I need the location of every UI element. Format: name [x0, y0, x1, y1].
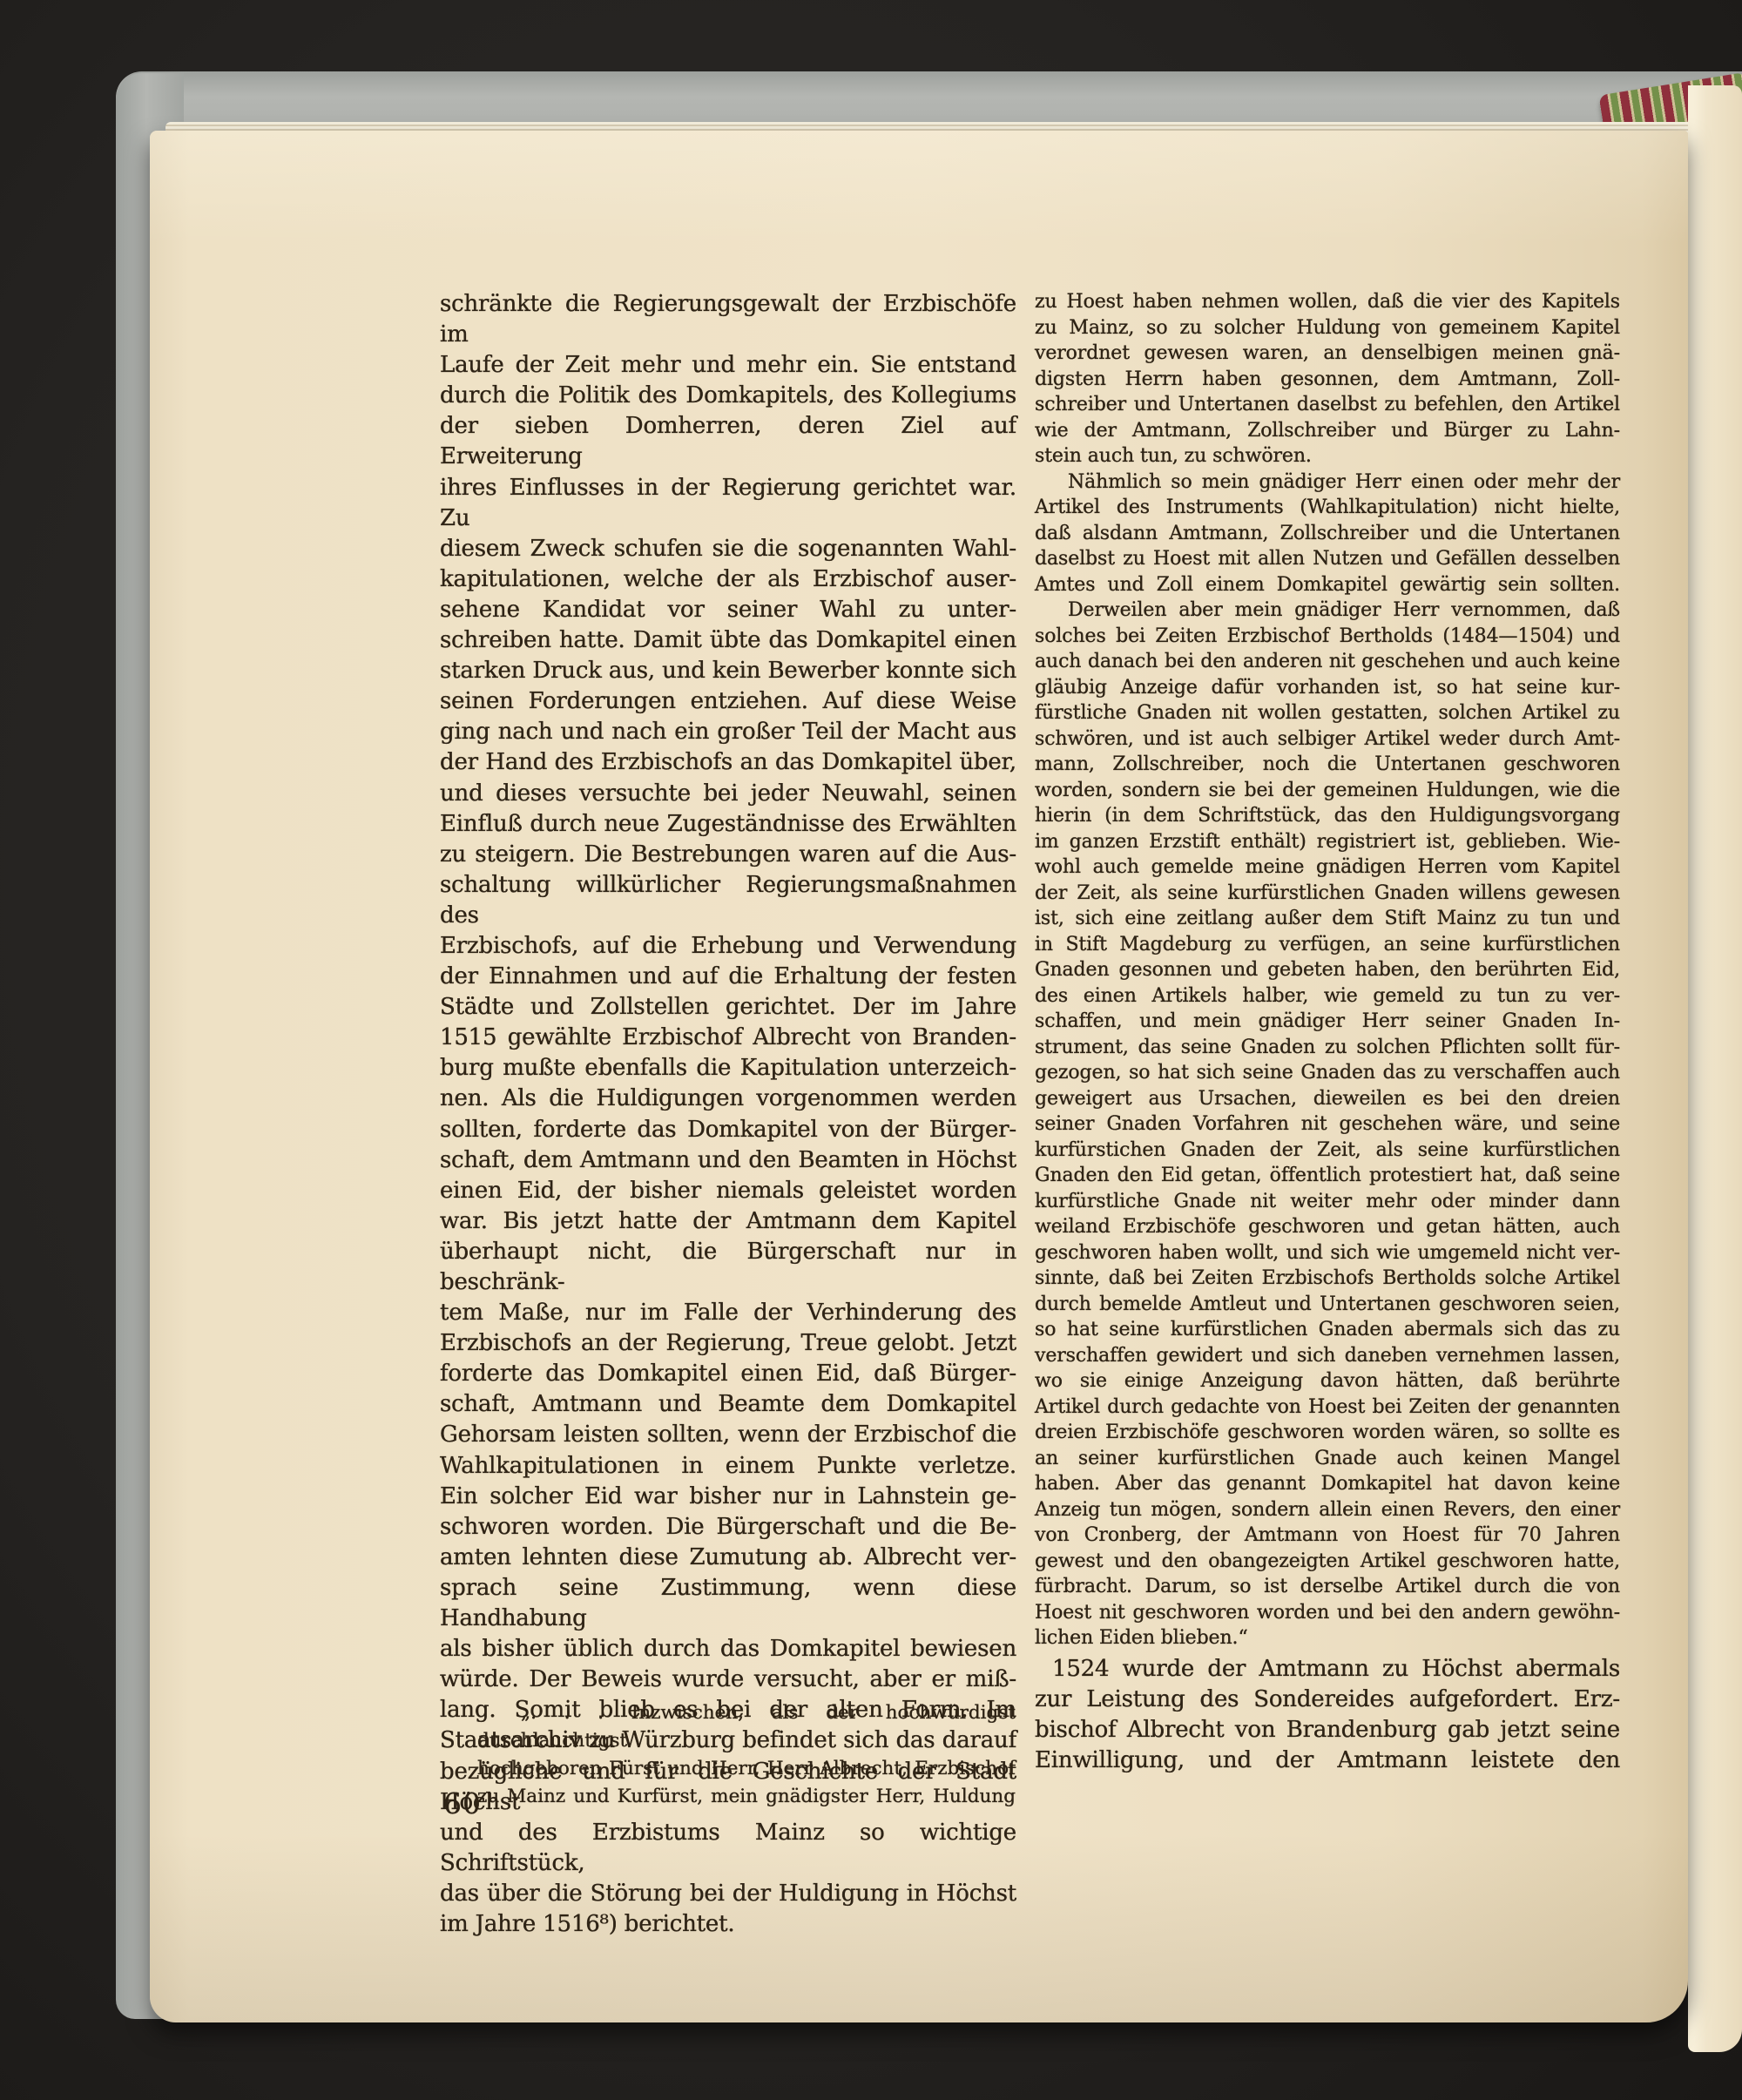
text-line: zu Mainz und Kurfürst, mein gnädigster H… [477, 1783, 1016, 1811]
text-line: Einwilligung, und der Amtmann leistete d… [1035, 1745, 1620, 1776]
text-line: so hat seine kurfürstlichen Gnaden aberm… [1035, 1317, 1620, 1343]
text-line: solches bei Zeiten Erzbischof Bertholds … [1035, 624, 1620, 650]
text-line: wie der Amtmann, Zollschreiber und Bürge… [1035, 418, 1620, 444]
text-line: schränkte die Regierungsgewalt der Erzbi… [440, 289, 1016, 350]
text-line: Erzbischofs, auf die Erhebung und Verwen… [440, 931, 1016, 962]
text-line: zu Hoest haben nehmen wollen, daß die vi… [1035, 289, 1620, 315]
text-line: der sieben Domherren, deren Ziel auf Erw… [440, 411, 1016, 472]
text-line: Städte und Zollstellen gerichtet. Der im… [440, 992, 1016, 1023]
text-line: sollten, forderte das Domkapitel von der… [440, 1115, 1016, 1145]
text-line: durch bemelde Amtleut und Untertanen ges… [1035, 1292, 1620, 1318]
text-line: Einfluß durch neue Zugeständnisse des Er… [440, 809, 1016, 840]
text-line: schaft, dem Amtmann und den Beamten in H… [440, 1145, 1016, 1176]
text-line: und des Erzbistums Mainz so wichtige Sch… [440, 1818, 1016, 1879]
text-line: haben. Aber das genannt Domkapitel hat d… [1035, 1471, 1620, 1497]
text-line: Artikel des Instruments (Wahlkapitulatio… [1035, 495, 1620, 521]
text-line: an seiner kurfürstlichen Gnade auch kein… [1035, 1446, 1620, 1472]
text-line: ihres Einflusses in der Regierung gerich… [440, 473, 1016, 534]
paragraph: „. . . Inzwischen, als der hochwürdigst … [477, 1699, 1016, 1811]
text-line: kapitulationen, welche der als Erzbischo… [440, 564, 1016, 595]
text-line: digsten Herrn haben gesonnen, dem Amtman… [1035, 367, 1620, 393]
text-line: als bisher üblich durch das Domkapitel b… [440, 1634, 1016, 1664]
text-line: 1524 wurde der Amtmann zu Höchst abermal… [1035, 1654, 1620, 1685]
text-line: weiland Erzbischöfe geschworen und getan… [1035, 1214, 1620, 1240]
text-line: das über die Störung bei der Huldigung i… [440, 1879, 1016, 1909]
text-line: zu steigern. Die Bestrebungen waren auf … [440, 840, 1016, 870]
text-line: im Jahre 1516⁸) berichtet. [440, 1909, 1016, 1940]
text-line: sinnte, daß bei Zeiten Erzbischofs Berth… [1035, 1266, 1620, 1292]
text-line: bischof Albrecht von Brandenburg gab jet… [1035, 1715, 1620, 1745]
text-line: forderte das Domkapitel einen Eid, daß B… [440, 1359, 1016, 1389]
text-line: Ein solcher Eid war bisher nur in Lahnst… [440, 1482, 1016, 1512]
text-line: 1515 gewählte Erzbischof Albrecht von Br… [440, 1023, 1016, 1053]
text-line: der Zeit, als seine kurfürstlichen Gnade… [1035, 881, 1620, 907]
text-line: von Cronberg, der Amtmann von Hoest für … [1035, 1523, 1620, 1549]
text-line: in Stift Magdeburg zu verfügen, an seine… [1035, 932, 1620, 958]
text-line: lichen Eiden blieben.“ [1035, 1625, 1620, 1651]
text-line: strument, das seine Gnaden zu solchen Pf… [1035, 1035, 1620, 1061]
text-line: auch danach bei den anderen nit geschehe… [1035, 649, 1620, 675]
text-line: Derweilen aber mein gnädiger Herr vernom… [1035, 598, 1620, 624]
text-line: schwören, und ist auch selbiger Artikel … [1035, 726, 1620, 753]
text-line: geweigert aus Ursachen, dieweilen es bei… [1035, 1086, 1620, 1112]
right-column-quote-text: zu Hoest haben nehmen wollen, daß die vi… [1035, 289, 1620, 1651]
text-line: Wahlkapitulationen in einem Punkte verle… [440, 1451, 1016, 1482]
left-column-text: schränkte die Regierungsgewalt der Erzbi… [440, 289, 1016, 1940]
paragraph: Derweilen aber mein gnädiger Herr vernom… [1035, 598, 1620, 1651]
text-line: gläubig Anzeige dafür vorhanden ist, so … [1035, 675, 1620, 701]
text-line: kurfürstliche Gnade nit weiter mehr oder… [1035, 1189, 1620, 1215]
text-line: verschaffen gewidert und sich daneben ve… [1035, 1343, 1620, 1369]
text-line: Hoest nit geschworen worden und bei den … [1035, 1600, 1620, 1626]
text-line: schreiben hatte. Damit übte das Domkapit… [440, 625, 1016, 656]
page-number: 60 [443, 1786, 482, 1820]
text-line: nen. Als die Huldigungen vorgenommen wer… [440, 1084, 1016, 1114]
text-line: zur Leistung des Sondereides aufgeforder… [1035, 1685, 1620, 1715]
text-line: überhaupt nicht, die Bürgerschaft nur in… [440, 1237, 1016, 1298]
text-line: worden, sondern sie bei der gemeinen Hul… [1035, 778, 1620, 804]
text-line: kurfürstichen Gnaden der Zeit, als seine… [1035, 1138, 1620, 1164]
text-line: starken Druck aus, und kein Bewerber kon… [440, 656, 1016, 686]
text-line: seiner Gnaden Vorfahren nit geschehen wä… [1035, 1111, 1620, 1138]
text-line: gezogen, so hat sich seine Gnaden das zu… [1035, 1060, 1620, 1086]
text-line: daß alsdann Amtmann, Zollschreiber und d… [1035, 521, 1620, 547]
text-line: der Hand des Erzbischofs an das Domkapit… [440, 747, 1016, 778]
paragraph: Nähmlich so mein gnädiger Herr einen ode… [1035, 469, 1620, 598]
text-line: mann, Zollschreiber, noch die Untertanen… [1035, 752, 1620, 778]
text-line: schaffen, und mein gnädiger Herr seiner … [1035, 1009, 1620, 1035]
text-line: ist, sich eine zeitlang außer dem Stift … [1035, 906, 1620, 932]
text-line: würde. Der Beweis wurde versucht, aber e… [440, 1664, 1016, 1695]
text-line: schreiber und Untertanen daselbst zu bef… [1035, 392, 1620, 418]
text-line: der Einnahmen und auf die Erhaltung der … [440, 962, 1016, 992]
book-photo: schränkte die Regierungsgewalt der Erzbi… [0, 0, 1742, 2100]
text-line: Gnaden den Eid getan, öffentlich protest… [1035, 1163, 1620, 1189]
text-line: sehene Kandidat vor seiner Wahl zu unter… [440, 595, 1016, 625]
text-line: Gnaden gesonnen und gebeten haben, den b… [1035, 957, 1620, 983]
text-line: Laufe der Zeit mehr und mehr ein. Sie en… [440, 350, 1016, 381]
text-line: geschworen haben wollt, und sich wie umg… [1035, 1240, 1620, 1266]
text-line: burg mußte ebenfalls die Kapitulation un… [440, 1053, 1016, 1084]
text-line: tem Maße, nur im Falle der Verhinderung … [440, 1298, 1016, 1328]
text-line: wo sie einige Anzeigung davon hätten, da… [1035, 1368, 1620, 1394]
text-line: hierin (in dem Schriftstück, das den Hul… [1035, 803, 1620, 829]
text-line: schworen worden. Die Bürgerschaft und di… [440, 1512, 1016, 1543]
paragraph: schränkte die Regierungsgewalt der Erzbi… [440, 289, 1016, 1940]
text-line: und dieses versuchte bei jeder Neuwahl, … [440, 779, 1016, 809]
text-line: „. . . Inzwischen, als der hochwürdigst … [477, 1699, 1016, 1755]
text-line: stein auch tun, zu schwören. [1035, 443, 1620, 469]
text-line: fürstliche Gnaden nit wollen gestatten, … [1035, 700, 1620, 726]
text-line: des einen Artikels halber, wie gemeld zu… [1035, 983, 1620, 1009]
text-line: amten lehnten diese Zumutung ab. Albrech… [440, 1543, 1016, 1573]
text-line: hochgeboren Fürst und Herr, Herr Albrech… [477, 1755, 1016, 1783]
text-line: einen Eid, der bisher niemals geleistet … [440, 1176, 1016, 1206]
text-line: dreien Erzbischöfe geschworen worden wär… [1035, 1420, 1620, 1446]
paragraph: zu Hoest haben nehmen wollen, daß die vi… [1035, 289, 1620, 469]
text-line: Gehorsam leisten sollten, wenn der Erzbi… [440, 1420, 1016, 1450]
text-line: seinen Forderungen entziehen. Auf diese … [440, 686, 1016, 717]
text-line: war. Bis jetzt hatte der Amtmann dem Kap… [440, 1206, 1016, 1237]
text-line: fürbracht. Darum, so ist derselbe Artike… [1035, 1574, 1620, 1600]
text-line: Artikel durch gedachte von Hoest bei Zei… [1035, 1394, 1620, 1421]
text-line: schaft, Amtmann und Beamte dem Domkapite… [440, 1389, 1016, 1420]
text-line: sprach seine Zustimmung, wenn diese Hand… [440, 1573, 1016, 1634]
text-line: Nähmlich so mein gnädiger Herr einen ode… [1035, 469, 1620, 496]
text-line: im ganzen Erzstift enthält) registriert … [1035, 829, 1620, 855]
text-line: diesem Zweck schufen sie die sogenannten… [440, 534, 1016, 564]
right-column-closing-paragraph: 1524 wurde der Amtmann zu Höchst abermal… [1035, 1654, 1620, 1776]
text-line: gewest und den obangezeigten Artikel ges… [1035, 1549, 1620, 1575]
text-line: ging nach und nach ein großer Teil der M… [440, 717, 1016, 747]
text-line: durch die Politik des Domkapitels, des K… [440, 381, 1016, 411]
text-line: schaltung willkürlicher Regierungsmaßnah… [440, 870, 1016, 931]
text-line: verordnet gewesen waren, an denselbigen … [1035, 341, 1620, 367]
text-line: zu Mainz, so zu solcher Huldung von geme… [1035, 315, 1620, 341]
footnote-quote: „. . . Inzwischen, als der hochwürdigst … [477, 1699, 1016, 1811]
text-line: wohl auch gemelde meine gnädigen Herren … [1035, 854, 1620, 881]
text-line: Erzbischofs an der Regierung, Treue gelo… [440, 1328, 1016, 1359]
text-line: Amtes und Zoll einem Domkapitel gewärtig… [1035, 572, 1620, 598]
paragraph: 1524 wurde der Amtmann zu Höchst abermal… [1035, 1654, 1620, 1776]
next-page-edge [1688, 85, 1742, 2052]
text-line: Anzeig tun mögen, sondern allein einen R… [1035, 1497, 1620, 1523]
text-line: daselbst zu Hoest mit allen Nutzen und G… [1035, 546, 1620, 572]
